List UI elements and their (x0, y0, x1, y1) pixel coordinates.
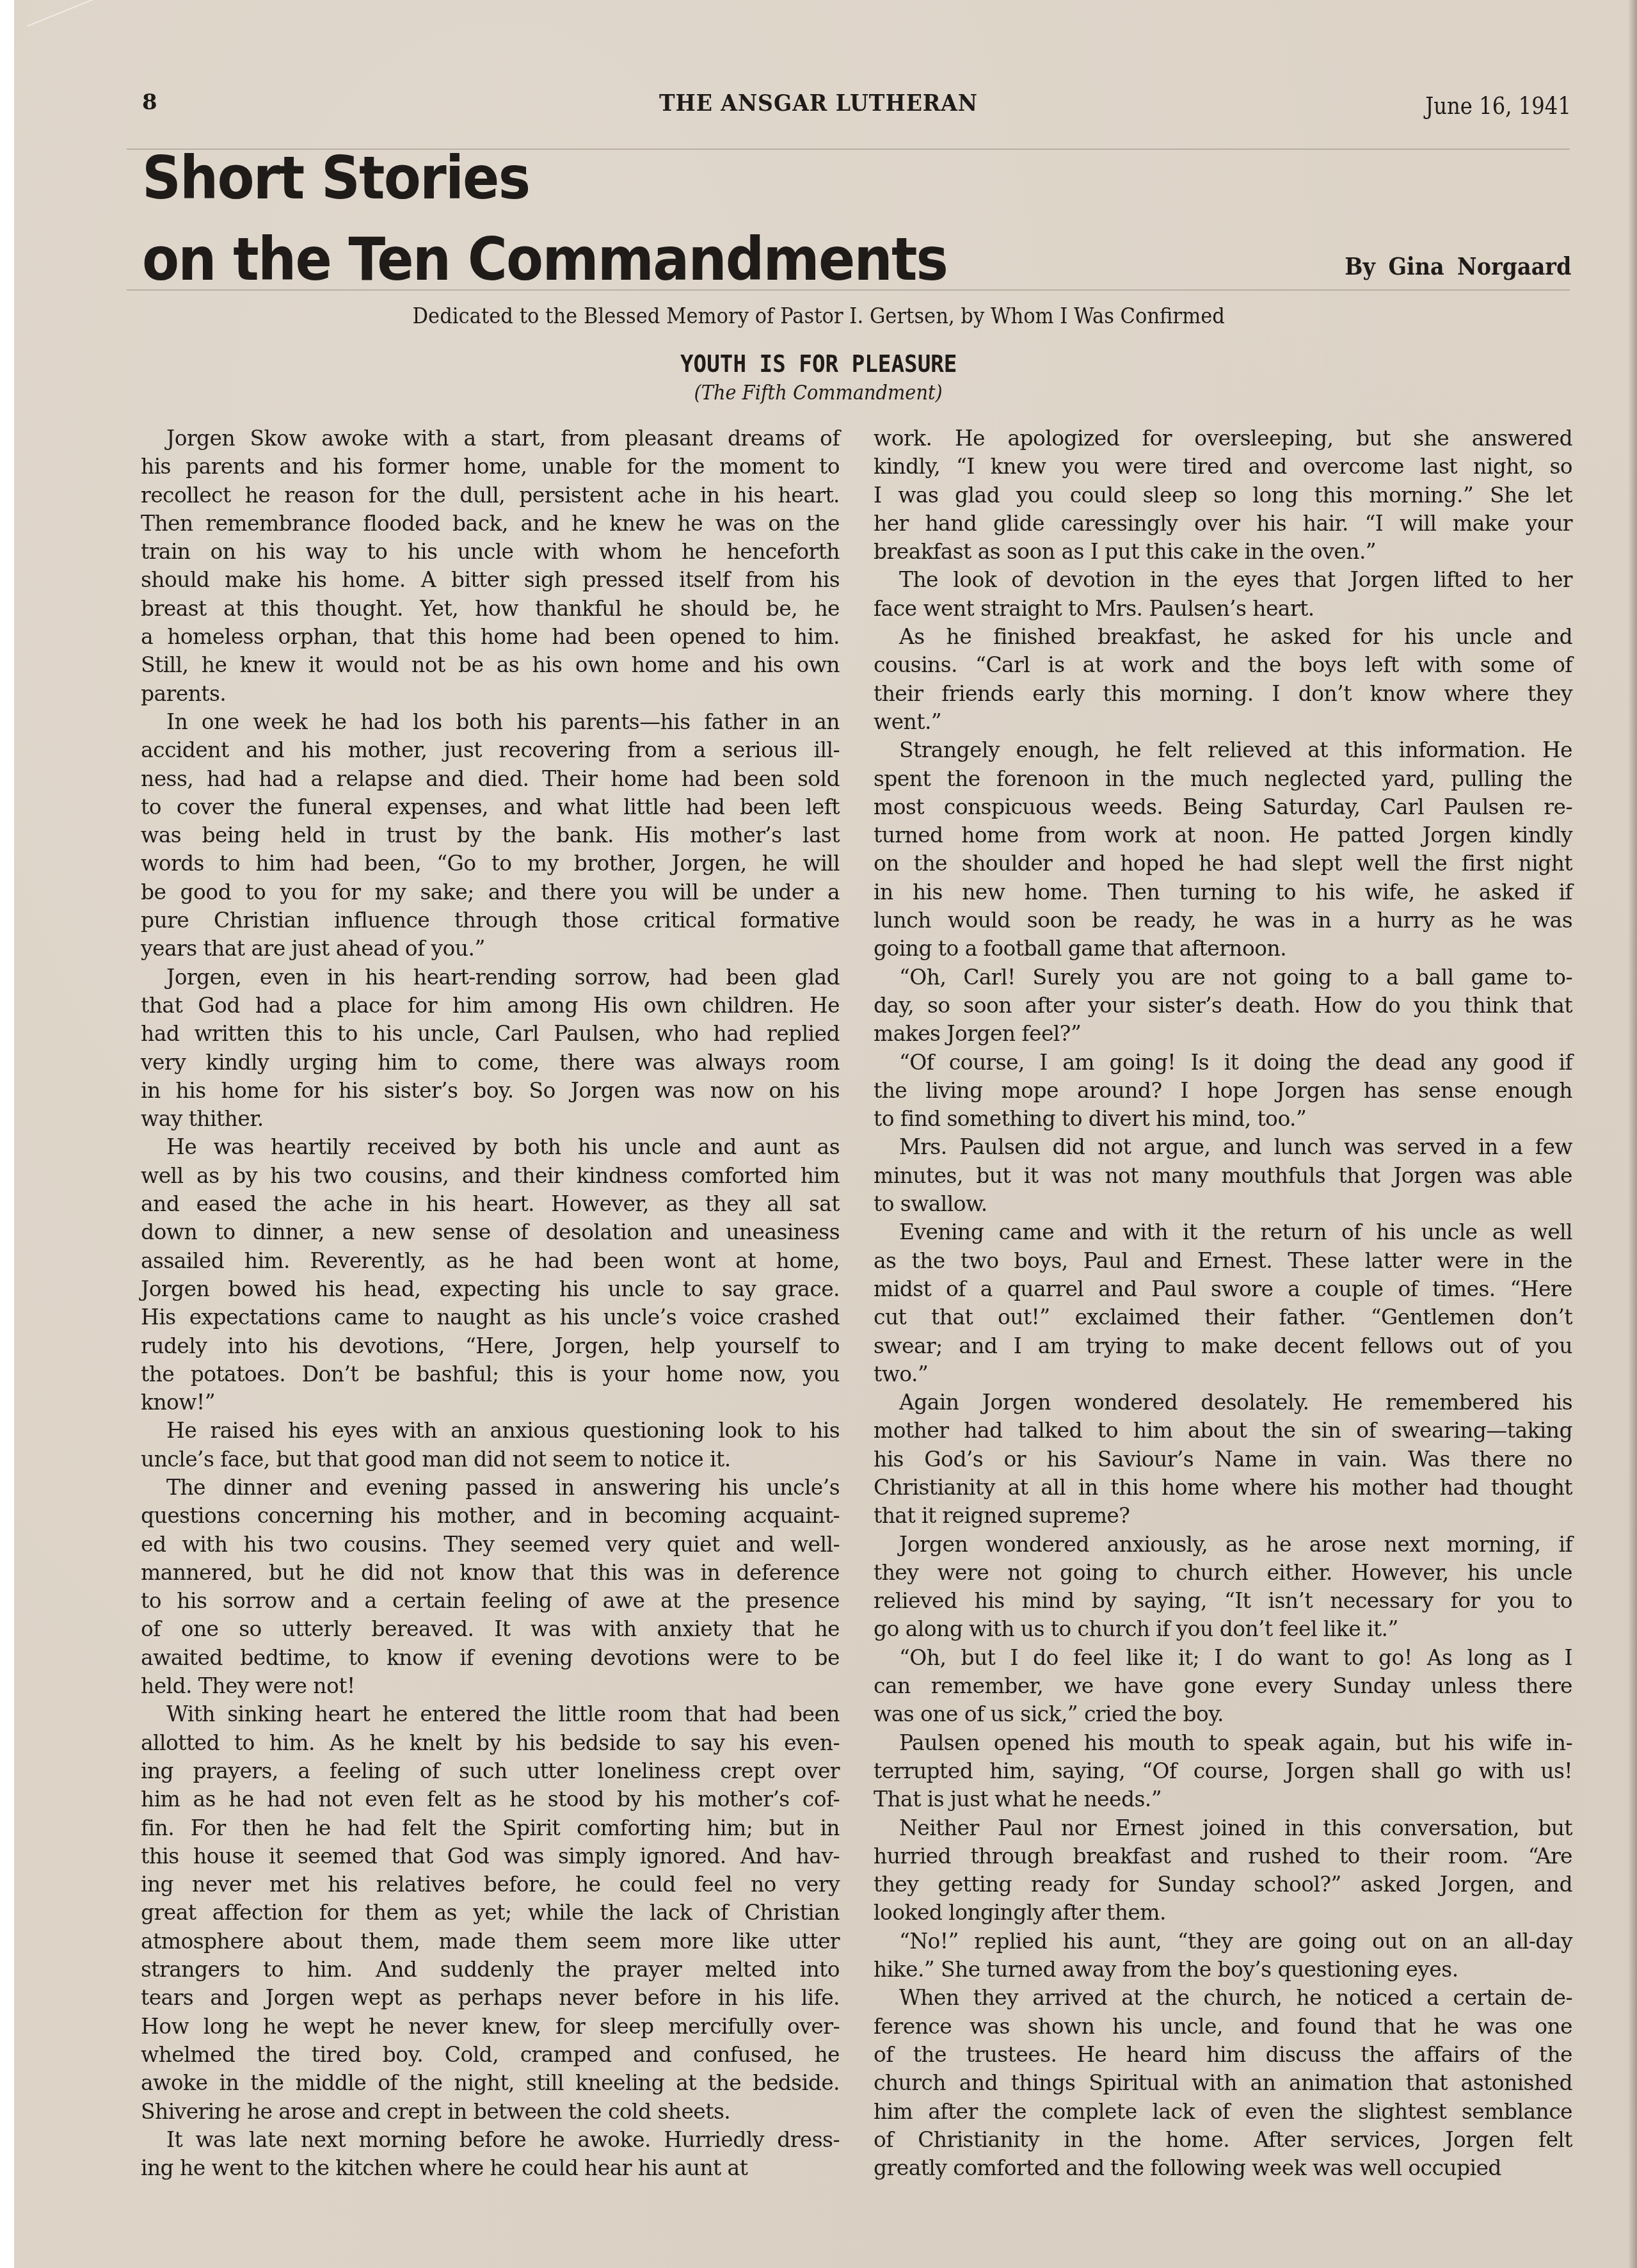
text-line: cousins. “Carl is at work and the boys l… (874, 651, 1572, 679)
article-byline: By Gina Norgaard (1345, 252, 1571, 280)
text-line: The dinner and evening passed in answeri… (141, 1474, 840, 1502)
text-line: strangers to him. And suddenly the praye… (141, 1956, 840, 1984)
publication-masthead: THE ANSGAR LUTHERAN (65, 90, 1571, 117)
text-line: lunch would soon be ready, he was in a h… (874, 906, 1572, 935)
text-line: the potatoes. Don’t be bashful; this is … (141, 1360, 840, 1388)
text-line: great affection for them as yet; while t… (141, 1899, 840, 1927)
text-line: How long he wept he never knew, for slee… (141, 2013, 840, 2041)
text-line: spent the forenoon in the much neglected… (874, 765, 1572, 793)
text-line: be good to you for my sake; and there yo… (141, 878, 840, 906)
text-column-left: Jorgen Skow awoke with a start, from ple… (141, 424, 840, 2182)
paragraph: Jorgen Skow awoke with a start, from ple… (141, 424, 840, 708)
text-line: swear; and I am trying to make decent fe… (874, 1332, 1572, 1360)
text-line: Neither Paul nor Ernest joined in this c… (874, 1814, 1572, 1842)
paragraph: With sinking heart he entered the little… (141, 1700, 840, 2125)
text-line: turned home from work at noon. He patted… (874, 821, 1572, 849)
issue-date: June 16, 1941 (1425, 92, 1571, 120)
text-line: hurried through breakfast and rushed to … (874, 1842, 1572, 1870)
paragraph: The dinner and evening passed in answeri… (141, 1474, 840, 1700)
text-line: Paulsen opened his mouth to speak again,… (874, 1729, 1572, 1757)
text-line: kindly, “I knew you were tired and overc… (874, 453, 1572, 481)
text-line: his God’s or his Saviour’s Name in vain.… (874, 1445, 1572, 1474)
text-line: two.” (874, 1360, 1572, 1388)
text-line: their friends early this morning. I don’… (874, 680, 1572, 708)
text-line: on the shoulder and hoped he had slept w… (874, 849, 1572, 878)
text-line: cut that out!” exclaimed their father. “… (874, 1303, 1572, 1331)
text-line: to find something to divert his mind, to… (874, 1105, 1572, 1133)
text-line: Strangely enough, he felt relieved at th… (874, 736, 1572, 764)
text-line: as the two boys, Paul and Ernest. These … (874, 1247, 1572, 1275)
text-line: Still, he knew it would not be as his ow… (141, 651, 840, 679)
text-line: him as he had not even felt as he stood … (141, 1785, 840, 1814)
text-line: can remember, we have gone every Sunday … (874, 1672, 1572, 1700)
text-line: relieved his mind by saying, “It isn’t n… (874, 1587, 1572, 1615)
text-line: ing prayers, a feeling of such utter lon… (141, 1757, 840, 1785)
text-line: Jorgen Skow awoke with a start, from ple… (141, 424, 840, 453)
paragraph: It was late next morning before he awoke… (141, 2126, 840, 2183)
text-line: That is just what he needs.” (874, 1785, 1572, 1814)
text-line: rudely into his devotions, “Here, Jorgen… (141, 1332, 840, 1360)
text-line: Evening came and with it the return of h… (874, 1218, 1572, 1246)
text-line: “Oh, but I do feel like it; I do want to… (874, 1644, 1572, 1672)
text-line: Then remembrance flooded back, and he kn… (141, 510, 840, 538)
paragraph: Again Jorgen wondered desolately. He rem… (874, 1388, 1572, 1530)
text-line: When they arrived at the church, he noti… (874, 1984, 1572, 2012)
text-line: work. He apologized for oversleeping, bu… (874, 424, 1572, 453)
text-line: they getting ready for Sunday school?” a… (874, 1870, 1572, 1899)
text-line: ference was shown his uncle, and found t… (874, 2013, 1572, 2041)
text-line: parents. (141, 680, 840, 708)
text-line: awaited bedtime, to know if evening devo… (141, 1644, 840, 1672)
text-line: ness, had had a relapse and died. Their … (141, 765, 840, 793)
article-title-line-2: on the Ten Commandments (142, 230, 947, 289)
page-edge-shadow (1628, 0, 1637, 2268)
paragraph: Jorgen, even in his heart-rending sorrow… (141, 963, 840, 1134)
text-line: words to him had been, “Go to my brother… (141, 849, 840, 878)
text-line: tears and Jorgen wept as perhaps never b… (141, 1984, 840, 2012)
publication-name: THE ANSGAR LUTHERAN (659, 90, 978, 117)
text-line: of the trustees. He heard him discuss th… (874, 2041, 1572, 2069)
text-line: ing he went to the kitchen where he coul… (141, 2154, 840, 2182)
text-line: whelmed the tired boy. Cold, cramped and… (141, 2041, 840, 2069)
text-line: that it reigned supreme? (874, 1502, 1572, 1530)
text-line: breakfast as soon as I put this cake in … (874, 538, 1572, 566)
text-line: was one of us sick,” cried the boy. (874, 1700, 1572, 1728)
text-line: face went straight to Mrs. Paulsen’s hea… (874, 595, 1572, 623)
paragraph: Paulsen opened his mouth to speak again,… (874, 1729, 1572, 1814)
story-subtitle-text: (The Fifth Commandment) (694, 380, 943, 405)
dedication-text: Dedicated to the Blessed Memory of Pasto… (412, 303, 1224, 329)
dedication: Dedicated to the Blessed Memory of Pasto… (0, 303, 1637, 329)
text-line: As he finished breakfast, he asked for h… (874, 623, 1572, 651)
text-line: greatly comforted and the following week… (874, 2154, 1572, 2182)
paragraph: Mrs. Paulsen did not argue, and lunch wa… (874, 1133, 1572, 1218)
text-line: The look of devotion in the eyes that Jo… (874, 566, 1572, 594)
paragraph: work. He apologized for oversleeping, bu… (874, 424, 1572, 566)
text-line: pure Christian influence through those c… (141, 906, 840, 935)
text-line: went.” (874, 708, 1572, 736)
story-subtitle: (The Fifth Commandment) (0, 380, 1637, 405)
text-line: should make his home. A bitter sigh pres… (141, 566, 840, 594)
text-line: this house it seemed that God was simply… (141, 1842, 840, 1870)
paragraph: Strangely enough, he felt relieved at th… (874, 736, 1572, 963)
paragraph: “Oh, Carl! Surely you are not going to a… (874, 963, 1572, 1049)
text-line: of Christianity in the home. After servi… (874, 2126, 1572, 2154)
paragraph: He raised his eyes with an anxious quest… (141, 1417, 840, 1474)
text-line: questions concerning his mother, and in … (141, 1502, 840, 1530)
paragraph: When they arrived at the church, he noti… (874, 1984, 1572, 2182)
text-line: church and things Spiritual with an anim… (874, 2069, 1572, 2097)
text-line: midst of a quarrel and Paul swore a coup… (874, 1275, 1572, 1303)
text-line: her hand glide caressingly over his hair… (874, 510, 1572, 538)
text-line: to swallow. (874, 1190, 1572, 1218)
text-line: looked longingly after them. (874, 1899, 1572, 1927)
text-line: He was heartily received by both his unc… (141, 1133, 840, 1161)
text-line: mannered, but he did not know that this … (141, 1559, 840, 1587)
text-line: know!” (141, 1388, 840, 1417)
text-line: they were not going to church either. Ho… (874, 1559, 1572, 1587)
text-line: in his home for his sister’s boy. So Jor… (141, 1077, 840, 1105)
text-line: terrupted him, saying, “Of course, Jorge… (874, 1757, 1572, 1785)
paper-crease (27, 0, 276, 27)
text-line: held. They were not! (141, 1672, 840, 1700)
text-line: go along with us to church if you don’t … (874, 1615, 1572, 1643)
paragraph: In one week he had los both his parents—… (141, 708, 840, 963)
text-line: Christianity at all in this home where h… (874, 1474, 1572, 1502)
text-line: to cover the funeral expenses, and what … (141, 793, 840, 821)
text-line: very kindly urging him to come, there wa… (141, 1049, 840, 1077)
text-line: and eased the ache in his heart. However… (141, 1190, 840, 1218)
text-line: Jorgen wondered anxiously, as he arose n… (874, 1531, 1572, 1559)
text-line: his parents and his former home, unable … (141, 453, 840, 481)
text-line: awoke in the middle of the night, still … (141, 2069, 840, 2097)
article-title-line-1: Short Stories (142, 149, 529, 208)
text-line: in his new home. Then turning to his wif… (874, 878, 1572, 906)
text-line: ing never met his relatives before, he c… (141, 1870, 840, 1899)
text-line: recollect he reason for the dull, persis… (141, 481, 840, 510)
text-line: He raised his eyes with an anxious quest… (141, 1417, 840, 1445)
text-line: makes Jorgen feel?” (874, 1020, 1572, 1048)
text-line: going to a football game that afternoon. (874, 935, 1572, 963)
divider-rule (127, 289, 1570, 291)
text-line: accident and his mother, just recovering… (141, 736, 840, 764)
text-line: way thither. (141, 1105, 840, 1133)
text-line: “Oh, Carl! Surely you are not going to a… (874, 963, 1572, 992)
paragraph: “No!” replied his aunt, “they are going … (874, 1927, 1572, 1984)
text-line: breast at this thought. Yet, how thankfu… (141, 595, 840, 623)
story-title-text: YOUTH IS FOR PLEASURE (680, 350, 957, 378)
text-line: minutes, but it was not many mouthfuls t… (874, 1162, 1572, 1190)
text-line: most conspicuous weeds. Being Saturday, … (874, 793, 1572, 821)
text-line: assailed him. Reverently, as he had been… (141, 1247, 840, 1275)
text-line: ed with his two cousins. They seemed ver… (141, 1531, 840, 1559)
text-line: In one week he had los both his parents—… (141, 708, 840, 736)
text-line: that God had a place for him among His o… (141, 992, 840, 1020)
paragraph: The look of devotion in the eyes that Jo… (874, 566, 1572, 623)
text-line: Again Jorgen wondered desolately. He rem… (874, 1388, 1572, 1417)
text-line: atmosphere about them, made them seem mo… (141, 1927, 840, 1956)
text-line: was being held in trust by the bank. His… (141, 821, 840, 849)
paragraph: Jorgen wondered anxiously, as he arose n… (874, 1531, 1572, 1644)
text-line: train on his way to his uncle with whom … (141, 538, 840, 566)
text-line: Jorgen, even in his heart-rending sorrow… (141, 963, 840, 992)
text-line: allotted to him. As he knelt by his beds… (141, 1729, 840, 1757)
text-line: Shivering he arose and crept in between … (141, 2098, 840, 2126)
text-line: Jorgen bowed his head, expecting his unc… (141, 1275, 840, 1303)
text-line: uncle’s face, but that good man did not … (141, 1445, 840, 1474)
text-line: “Of course, I am going! Is it doing the … (874, 1049, 1572, 1077)
text-line: fin. For then he had felt the Spirit com… (141, 1814, 840, 1842)
text-line: a homeless orphan, that this home had be… (141, 623, 840, 651)
text-line: to his sorrow and a certain feeling of a… (141, 1587, 840, 1615)
paragraph: “Oh, but I do feel like it; I do want to… (874, 1644, 1572, 1729)
paragraph: “Of course, I am going! Is it doing the … (874, 1049, 1572, 1134)
text-line: “No!” replied his aunt, “they are going … (874, 1927, 1572, 1956)
story-title: YOUTH IS FOR PLEASURE (0, 350, 1637, 378)
text-line: the living mope around? I hope Jorgen ha… (874, 1077, 1572, 1105)
text-line: had written this to his uncle, Carl Paul… (141, 1020, 840, 1048)
text-line: mother had talked to him about the sin o… (874, 1417, 1572, 1445)
text-line: Mrs. Paulsen did not argue, and lunch wa… (874, 1133, 1572, 1161)
paragraph: He was heartily received by both his unc… (141, 1133, 840, 1417)
text-line: years that are just ahead of you.” (141, 935, 840, 963)
text-line: It was late next morning before he awoke… (141, 2126, 840, 2154)
paragraph: As he finished breakfast, he asked for h… (874, 623, 1572, 736)
text-line: day, so soon after your sister’s death. … (874, 992, 1572, 1020)
paragraph: Neither Paul nor Ernest joined in this c… (874, 1814, 1572, 1927)
text-line: him after the complete lack of even the … (874, 2098, 1572, 2126)
text-line: I was glad you could sleep so long this … (874, 481, 1572, 510)
paragraph: Evening came and with it the return of h… (874, 1218, 1572, 1388)
text-line: of one so utterly bereaved. It was with … (141, 1615, 840, 1643)
text-line: down to dinner, a new sense of desolatio… (141, 1218, 840, 1246)
text-line: With sinking heart he entered the little… (141, 1700, 840, 1728)
text-column-right: work. He apologized for oversleeping, bu… (874, 424, 1572, 2182)
text-line: His expectations came to naught as his u… (141, 1303, 840, 1331)
text-line: hike.” She turned away from the boy’s qu… (874, 1956, 1572, 1984)
text-line: well as by his two cousins, and their ki… (141, 1162, 840, 1190)
